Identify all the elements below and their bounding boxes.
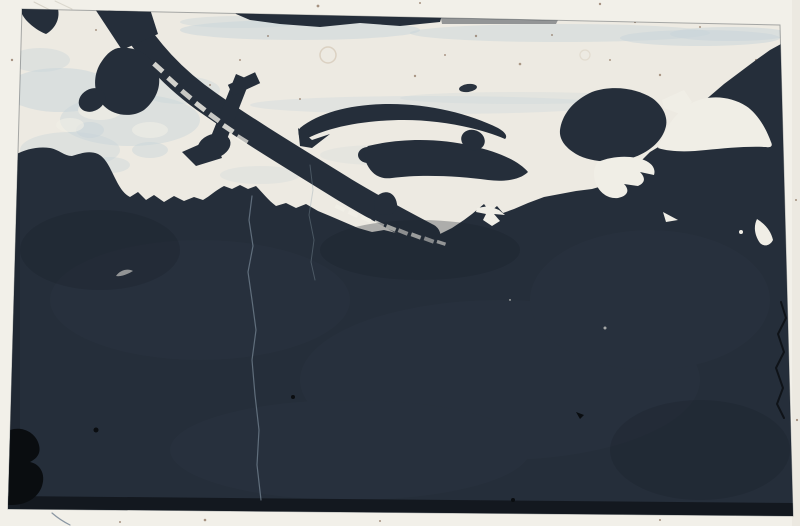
white-dot <box>739 230 743 234</box>
mount-right-shade <box>792 0 800 526</box>
artwork-photo-canvas <box>0 0 800 526</box>
artwork-area <box>0 0 800 526</box>
slide-photo <box>0 0 800 526</box>
